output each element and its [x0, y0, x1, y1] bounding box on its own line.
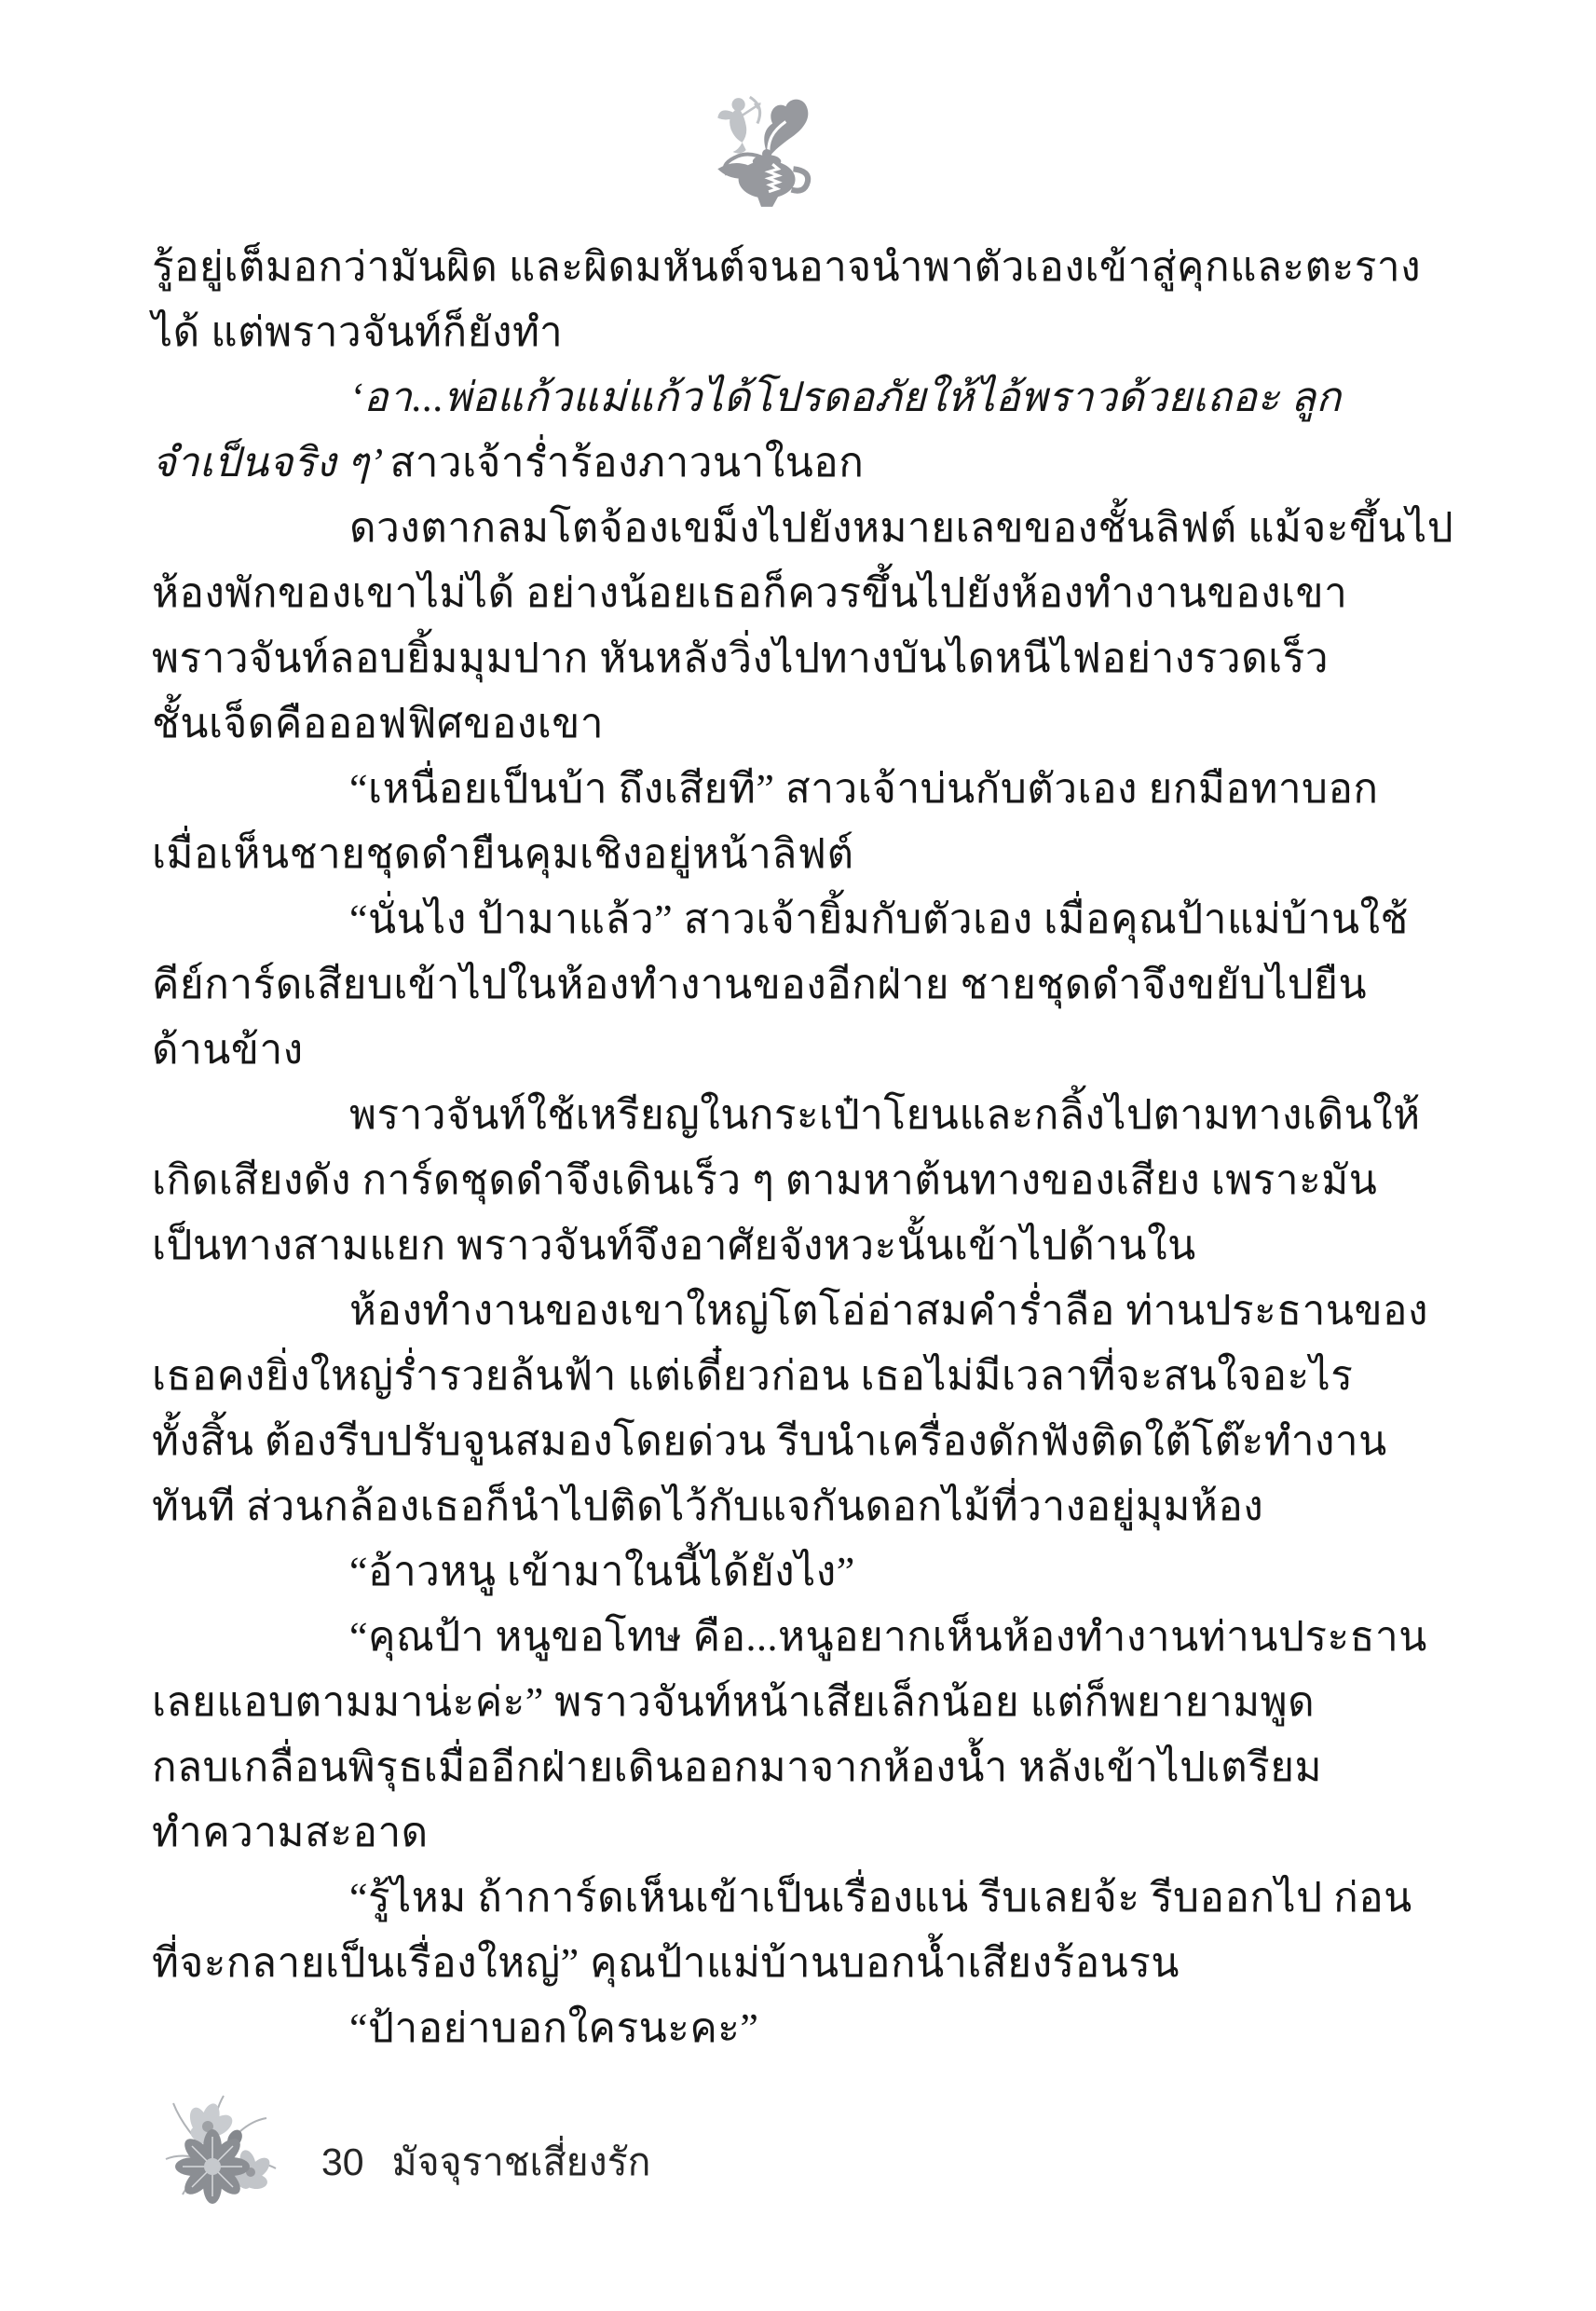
text-segment: คีย์การ์ดเสียบเข้าไปในห้องทำงานของอีกฝ่า…: [152, 962, 1367, 1007]
text-segment: ห้องพักของเขาไม่ได้ อย่างน้อยเธอก็ควรขึ้…: [152, 570, 1347, 616]
text-segment: ด้านข้าง: [152, 1027, 304, 1073]
cupid-lamp-icon: [706, 89, 820, 212]
text-segment: “นั่นไง ป้ามาแล้ว” สาวเจ้ายิ้มกับตัวเอง …: [349, 896, 1409, 942]
text-segment: ชั้นเจ็ดคือออฟฟิศของเขา: [152, 701, 604, 746]
cupid-genie-lamp-ornament: [706, 89, 820, 212]
text-line: ที่จะกลายเป็นเรื่องใหญ่” คุณป้าแม่บ้านบอ…: [152, 1931, 1458, 1996]
text-segment: ทำความสะอาด: [152, 1810, 429, 1855]
footer: 30 มัจจุราชเสี่ยงรัก: [321, 2134, 650, 2190]
text-segment: ดวงตากลมโตจ้องเขม็งไปยังหมายเลขของชั้นลิ…: [349, 505, 1453, 551]
text-line: เมื่อเห็นชายชุดดำยืนคุมเชิงอยู่หน้าลิฟต์: [152, 822, 1458, 887]
text-line: เธอคงยิ่งใหญ่ร่ำรวยล้นฟ้า แต่เดี๋ยวก่อน …: [152, 1344, 1458, 1409]
text-line: พราวจันท์ใช้เหรียญในกระเป๋าโยนและกลิ้งไป…: [152, 1083, 1458, 1148]
text-line: เป็นทางสามแยก พราวจันท์จึงอาศัยจังหวะนั้…: [152, 1213, 1458, 1279]
text-segment: เป็นทางสามแยก พราวจันท์จึงอาศัยจังหวะนั้…: [152, 1223, 1196, 1268]
text-line: ทั้งสิ้น ต้องรีบปรับจูนสมองโดยด่วน รีบนำ…: [152, 1409, 1458, 1474]
text-line: “คุณป้า หนูขอโทษ คือ...หนูอยากเห็นห้องทำ…: [152, 1605, 1458, 1670]
text-line: ชั้นเจ็ดคือออฟฟิศของเขา: [152, 691, 1458, 757]
text-line: ทันที ส่วนกล้องเธอก็นำไปติดไว้กับแจกันดอ…: [152, 1474, 1458, 1539]
text-segment: ‘อา...พ่อแก้วแม่แก้วได้โปรดอภัยให้ไอ้พรา…: [349, 375, 1342, 420]
text-line: ห้องทำงานของเขาใหญ่โตโอ่อ่าสมคำร่ำลือ ท่…: [152, 1279, 1458, 1344]
text-segment: สาวเจ้าร่ำร้องภาวนาในอก: [389, 440, 864, 485]
text-segment: รู้อยู่เต็มอกว่ามันผิด และผิดมหันต์จนอาจ…: [152, 244, 1421, 290]
text-line: เลยแอบตามมาน่ะค่ะ” พราวจันท์หน้าเสียเล็ก…: [152, 1670, 1458, 1735]
text-line: ได้ แต่พราวจันท์ก็ยังทำ: [152, 300, 1458, 365]
text-segment: “อ้าวหนู เข้ามาในนี้ได้ยังไง”: [349, 1549, 855, 1594]
text-line: ด้านข้าง: [152, 1018, 1458, 1083]
text-line: “อ้าวหนู เข้ามาในนี้ได้ยังไง”: [152, 1539, 1458, 1605]
page-number: 30: [321, 2140, 364, 2184]
book-page: รู้อยู่เต็มอกว่ามันผิด และผิดมหันต์จนอาจ…: [0, 0, 1596, 2311]
text-segment: กลบเกลื่อนพิรุธเมื่ออีกฝ่ายเดินออกมาจากห…: [152, 1744, 1322, 1790]
text-segment: ได้ แต่พราวจันท์ก็ยังทำ: [152, 309, 563, 355]
text-line: คีย์การ์ดเสียบเข้าไปในห้องทำงานของอีกฝ่า…: [152, 952, 1458, 1018]
text-segment: พราวจันท์ลอบยิ้มมุมปาก หันหลังวิ่งไปทางบ…: [152, 636, 1329, 681]
text-line: รู้อยู่เต็มอกว่ามันผิด และผิดมหันต์จนอาจ…: [152, 235, 1458, 300]
text-line: กลบเกลื่อนพิรุธเมื่ออีกฝ่ายเดินออกมาจากห…: [152, 1735, 1458, 1800]
text-segment: พราวจันท์ใช้เหรียญในกระเป๋าโยนและกลิ้งไป…: [349, 1092, 1421, 1138]
text-line: ทำความสะอาด: [152, 1800, 1458, 1866]
text-line: “เหนื่อยเป็นบ้า ถึงเสียที” สาวเจ้าบ่นกับ…: [152, 757, 1458, 822]
text-segment: “เหนื่อยเป็นบ้า ถึงเสียที” สาวเจ้าบ่นกับ…: [349, 766, 1379, 812]
text-segment: ที่จะกลายเป็นเรื่องใหญ่” คุณป้าแม่บ้านบอ…: [152, 1940, 1180, 1986]
text-segment: จำเป็นจริง ๆ’: [152, 440, 389, 485]
text-segment: ห้องทำงานของเขาใหญ่โตโอ่อ่าสมคำร่ำลือ ท่…: [349, 1288, 1428, 1333]
book-title: มัจจุราชเสี่ยงรัก: [392, 2132, 651, 2193]
text-segment: เกิดเสียงดัง การ์ดชุดดำจึงเดินเร็ว ๆ ตาม…: [152, 1157, 1377, 1203]
flower-bouquet-decoration: [154, 2090, 286, 2211]
text-line: “ป้าอย่าบอกใครนะคะ”: [152, 1996, 1458, 2061]
text-segment: เลยแอบตามมาน่ะค่ะ” พราวจันท์หน้าเสียเล็ก…: [152, 1679, 1315, 1725]
text-line: จำเป็นจริง ๆ’ สาวเจ้าร่ำร้องภาวนาในอก: [152, 431, 1458, 496]
text-line: ดวงตากลมโตจ้องเขม็งไปยังหมายเลขของชั้นลิ…: [152, 496, 1458, 561]
text-segment: “ป้าอย่าบอกใครนะคะ”: [349, 2005, 758, 2051]
text-segment: ทั้งสิ้น ต้องรีบปรับจูนสมองโดยด่วน รีบนำ…: [152, 1418, 1387, 1464]
body-text: รู้อยู่เต็มอกว่ามันผิด และผิดมหันต์จนอาจ…: [152, 235, 1458, 2061]
text-segment: เธอคงยิ่งใหญ่ร่ำรวยล้นฟ้า แต่เดี๋ยวก่อน …: [152, 1353, 1353, 1399]
text-segment: “คุณป้า หนูขอโทษ คือ...หนูอยากเห็นห้องทำ…: [349, 1614, 1427, 1660]
text-line: พราวจันท์ลอบยิ้มมุมปาก หันหลังวิ่งไปทางบ…: [152, 626, 1458, 691]
text-segment: เมื่อเห็นชายชุดดำยืนคุมเชิงอยู่หน้าลิฟต์: [152, 831, 854, 877]
text-line: ห้องพักของเขาไม่ได้ อย่างน้อยเธอก็ควรขึ้…: [152, 561, 1458, 626]
text-line: ‘อา...พ่อแก้วแม่แก้วได้โปรดอภัยให้ไอ้พรา…: [152, 365, 1458, 431]
flower-bouquet-icon: [154, 2090, 286, 2211]
text-line: “นั่นไง ป้ามาแล้ว” สาวเจ้ายิ้มกับตัวเอง …: [152, 887, 1458, 952]
text-line: เกิดเสียงดัง การ์ดชุดดำจึงเดินเร็ว ๆ ตาม…: [152, 1148, 1458, 1213]
text-line: “รู้ไหม ถ้าการ์ดเห็นเข้าเป็นเรื่องแน่ รี…: [152, 1866, 1458, 1931]
text-segment: ทันที ส่วนกล้องเธอก็นำไปติดไว้กับแจกันดอ…: [152, 1484, 1263, 1529]
text-segment: “รู้ไหม ถ้าการ์ดเห็นเข้าเป็นเรื่องแน่ รี…: [349, 1875, 1412, 1921]
